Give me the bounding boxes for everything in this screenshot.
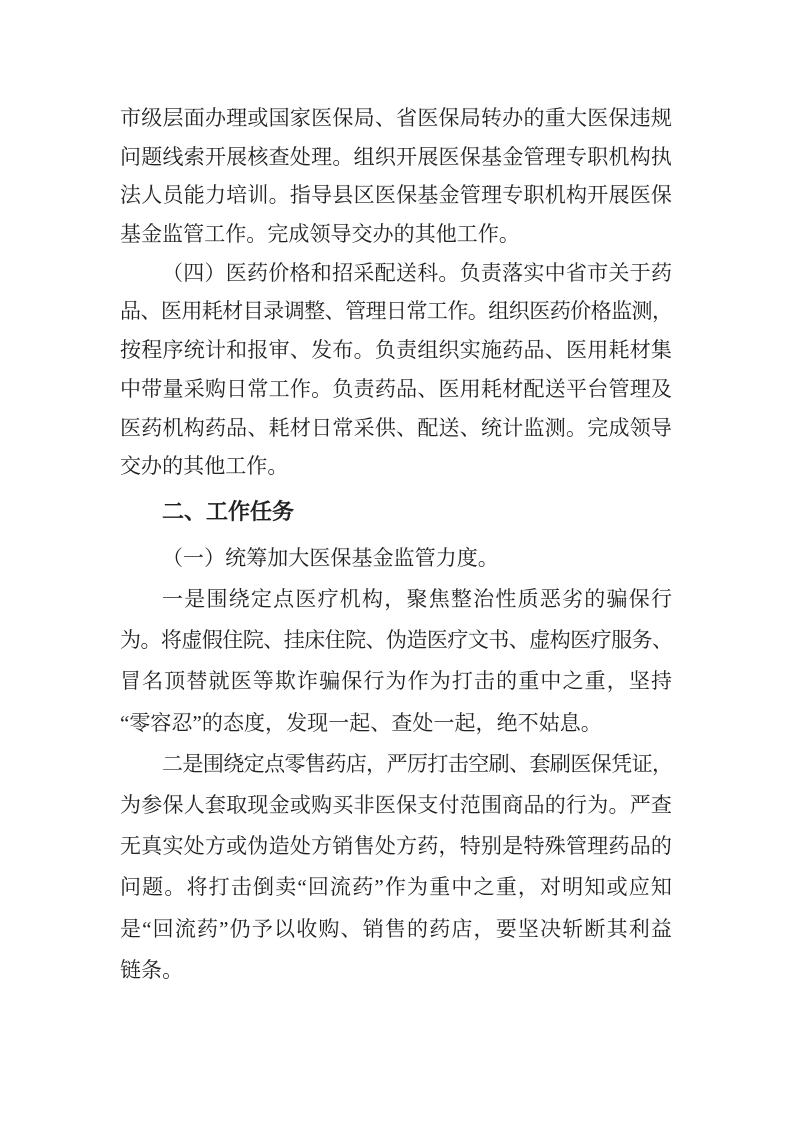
text-line: 法人员能力培训。指导县区医保基金管理专职机构开展医保	[120, 176, 672, 215]
text-line: 为参保人套取现金或购买非医保支付范围商品的行为。严查	[120, 785, 672, 826]
text-line: 问题。将打击倒卖“回流药”作为重中之重，对明知或应知	[120, 867, 672, 908]
text-line: 为。将虚假住院、挂床住院、伪造医疗文书、虚构医疗服务、	[120, 620, 672, 661]
text-line: 一是围绕定点医疗机构，聚焦整治性质恶劣的骗保行	[120, 579, 672, 620]
text-line: 无真实处方或伪造处方销售处方药，特别是特殊管理药品的	[120, 826, 672, 867]
text-line: 是“回流药”仍予以收购、销售的药店，要坚决斩断其利益	[120, 909, 672, 950]
text-line: 问题线索开展核查处理。组织开展医保基金管理专职机构执	[120, 138, 672, 177]
text-line: 基金监管工作。完成领导交办的其他工作。	[120, 215, 672, 254]
document-page: 市级层面办理或国家医保局、省医保局转办的重大医保违规问题线索开展核查处理。组织开…	[0, 0, 793, 1122]
text-line: 医药机构药品、耗材日常采供、配送、统计监测。完成领导	[120, 409, 672, 448]
text-line: 二是围绕定点零售药店，严厉打击空刷、套刷医保凭证，	[120, 744, 672, 785]
text-line: 中带量采购日常工作。负责药品、医用耗材配送平台管理及	[120, 370, 672, 409]
text-line: （一）统筹加大医保基金监管力度。	[120, 538, 672, 579]
text-line: 链条。	[120, 950, 672, 991]
text-line: 品、医用耗材目录调整、管理日常工作。组织医药价格监测，	[120, 292, 672, 331]
text-line: 交办的其他工作。	[120, 447, 672, 486]
text-line: 冒名顶替就医等欺诈骗保行为作为打击的重中之重，坚持	[120, 661, 672, 702]
text-line: “零容忍”的态度，发现一起、查处一起，绝不姑息。	[120, 703, 672, 744]
text-line: 按程序统计和报审、发布。负责组织实施药品、医用耗材集	[120, 331, 672, 370]
text-column: 市级层面办理或国家医保局、省医保局转办的重大医保违规问题线索开展核查处理。组织开…	[120, 99, 672, 991]
section-heading: 二、工作任务	[120, 491, 672, 532]
text-line: （四）医药价格和招采配送科。负责落实中省市关于药	[120, 254, 672, 293]
text-line: 市级层面办理或国家医保局、省医保局转办的重大医保违规	[120, 99, 672, 138]
